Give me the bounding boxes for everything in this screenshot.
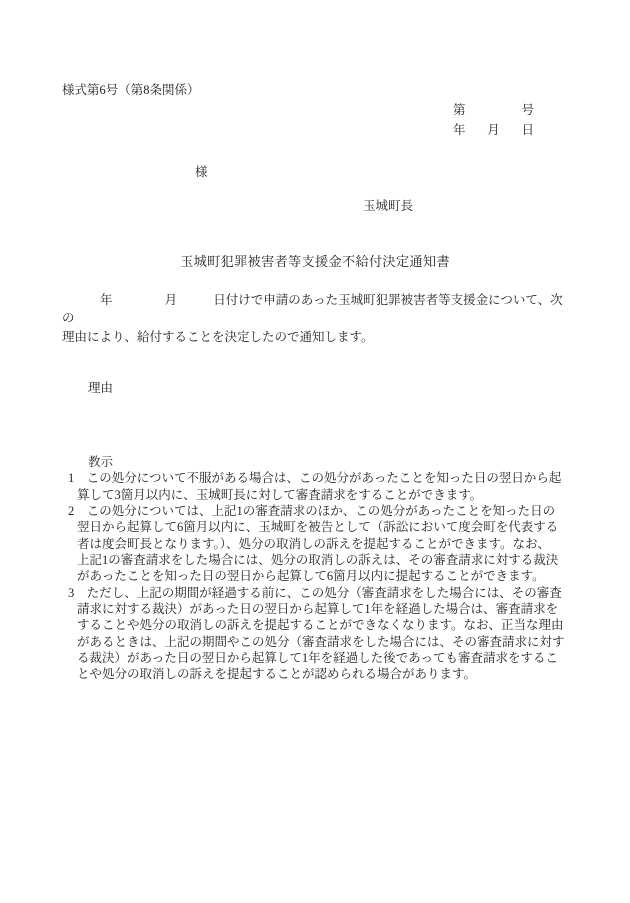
instruction-label: 教示 xyxy=(62,454,572,470)
instruction-item-2: 2 この処分については、上記1の審査請求のほか、この処分があったことを知った日の… xyxy=(62,503,572,585)
sender-name: 玉城町長 xyxy=(363,196,413,214)
document-title: 玉城町犯罪被害者等支援金不給付決定通知書 xyxy=(0,251,630,270)
blank-year-label: 年 xyxy=(100,293,113,307)
instruction-item-3: 3 ただし、上記の期間が経過する前に、この処分（審査請求をした場合には、その審査… xyxy=(62,585,572,683)
instruction-section: 教示 1 この処分について不服がある場合は、この処分があったことを知った日の翌日… xyxy=(62,454,572,683)
blank-month-label: 月 xyxy=(165,293,178,307)
document-page: 様式第6号（第8条関係） 第 号 年 月 日 様 玉城町長 玉城町犯罪被害者等支… xyxy=(0,0,630,903)
date-year-label: 年 xyxy=(453,120,466,138)
doc-number-prefix: 第 xyxy=(453,100,466,118)
body-line1-text: 日付けで申請のあった玉城町犯罪被害者等支援金について、次の xyxy=(62,293,563,325)
body-line-1: 年 月 日付けで申請のあった玉城町犯罪被害者等支援金について、次の xyxy=(62,291,570,328)
instruction-item-1: 1 この処分について不服がある場合は、この処分があったことを知った日の翌日から起… xyxy=(62,470,572,503)
date-month-label: 月 xyxy=(487,120,500,138)
body-paragraph: 年 月 日付けで申請のあった玉城町犯罪被害者等支援金について、次の 理由により、… xyxy=(62,291,570,346)
date-day-label: 日 xyxy=(521,120,534,138)
addressee-honorific: 様 xyxy=(195,162,208,180)
reason-label: 理由 xyxy=(62,378,113,396)
doc-number-suffix: 号 xyxy=(521,100,534,118)
body-line-2: 理由により、給付することを決定したので通知します。 xyxy=(62,328,570,346)
date-line: 年 月 日 xyxy=(453,120,534,138)
form-number: 様式第6号（第8条関係） xyxy=(62,80,200,98)
doc-number-line: 第 号 xyxy=(453,100,534,118)
